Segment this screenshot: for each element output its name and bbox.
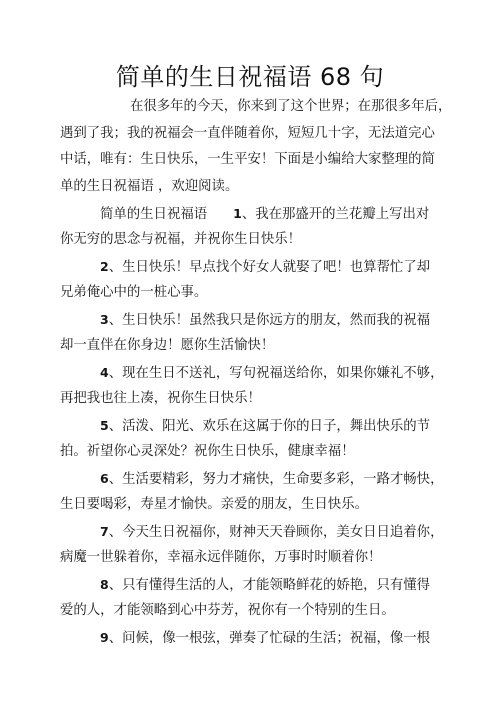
item-text-line-1: 生日快乐！虽然我只是你远方的朋友，然而我的祝福 [122,313,430,328]
item-number: 6 [100,471,109,486]
item-number: 5 [100,418,109,433]
intro-line-3: 中话，唯有：生日快乐，一生平安！下面是小编给大家整理的简 [60,151,435,169]
item-separator: 、 [109,525,122,540]
intro-line-4: 单的生日祝福语 ，欢迎阅读。 [60,178,238,196]
item-number: 7 [100,524,109,539]
list-item-2-continuation: 兄弟俺心中的一桩心事。 [60,284,207,302]
intro-line-2: 遇到了我；我的祝福会一直伴随着你，短短几十字，无法道完心 [60,125,435,143]
document-title: 简单的生日祝福语 68 句 [0,62,500,92]
item-separator: 、 [242,207,255,222]
item-number: 8 [100,577,109,592]
item-text-line-1: 问候，像一根弦，弹奏了忙碌的生活；祝福，像一根 [122,631,430,646]
item-separator: 、 [109,631,122,646]
list-item-7-continuation: 病魔一世躲着你，幸福永远伴随你，万事时时顺着你！ [60,549,381,567]
item-text-line-1: 活泼、阳光、欢乐在这属于你的日子，舞出快乐的节 [122,419,430,434]
list-item-6-continuation: 生日要喝彩，寿星才愉快。亲爱的朋友，生日快乐。 [60,496,368,514]
item-number: 9 [100,630,109,645]
list-item-1: 简单的生日祝福语1、我在那盛开的兰花瓣上写出对 [100,205,429,224]
list-item-8: 8、只有懂得生活的人，才能领略鲜花的娇艳，只有懂得 [100,576,430,595]
list-item-1-continuation: 你无穷的思念与祝福，并祝你生日快乐！ [60,231,301,249]
list-item-4-continuation: 再把我也往上凑，祝你生日快乐！ [60,390,261,408]
item-number: 1 [233,206,242,221]
item-text-line-1: 现在生日不送礼，写句祝福送给你，如果你嫌礼不够， [122,366,443,381]
item-separator: 、 [109,419,122,434]
list-item-3: 3、生日快乐！虽然我只是你远方的朋友，然而我的祝福 [100,311,430,330]
list-item-5: 5、活泼、阳光、欢乐在这属于你的日子，舞出快乐的节 [100,417,430,436]
list-item-4: 4、现在生日不送礼，写句祝福送给你，如果你嫌礼不够， [100,364,443,383]
item-text-line-1: 只有懂得生活的人，才能领略鲜花的娇艳，只有懂得 [122,578,430,593]
item-text-line-1: 今天生日祝福你，财神天天眷顾你，美女日日追着你， [122,525,443,540]
intro-line-1: 在很多年的今天，你来到了这个世界；在那很多年后， [130,98,451,116]
list-item-8-continuation: 爱的人，才能领略到心中芬芳，祝你有一个特别的生日。 [60,602,395,620]
list-item-6: 6、生活要精彩，努力才痛快，生命要多彩，一路才畅快， [100,470,443,489]
item-separator: 、 [109,472,122,487]
list-item-2: 2、生日快乐！早点找个好女人就娶了吧！也算帮忙了却 [100,258,430,277]
item-text-line-1: 我在那盛开的兰花瓣上写出对 [255,207,429,222]
item-text-line-1: 生活要精彩，努力才痛快，生命要多彩，一路才畅快， [122,472,443,487]
document-page: 简单的生日祝福语 68 句 在很多年的今天，你来到了这个世界；在那很多年后， 遇… [0,0,500,707]
item-separator: 、 [109,366,122,381]
item-separator: 、 [109,260,122,275]
list-item-3-continuation: 却一直伴在你身边！愿你生活愉快！ [60,337,274,355]
list-item-9: 9、问候，像一根弦，弹奏了忙碌的生活；祝福，像一根 [100,629,430,648]
item-text-line-1: 生日快乐！早点找个好女人就娶了吧！也算帮忙了却 [122,260,430,275]
item-separator: 、 [109,578,122,593]
list-item-5-continuation: 拍。祈望你心灵深处？祝你生日快乐，健康幸福！ [60,443,355,461]
item-number: 2 [100,259,109,274]
item-separator: 、 [109,313,122,328]
item-number: 3 [100,312,109,327]
item-number: 4 [100,365,109,380]
list-item-7: 7、今天生日祝福你，财神天天眷顾你，美女日日追着你， [100,523,443,542]
section-label: 简单的生日祝福语 [100,207,207,222]
